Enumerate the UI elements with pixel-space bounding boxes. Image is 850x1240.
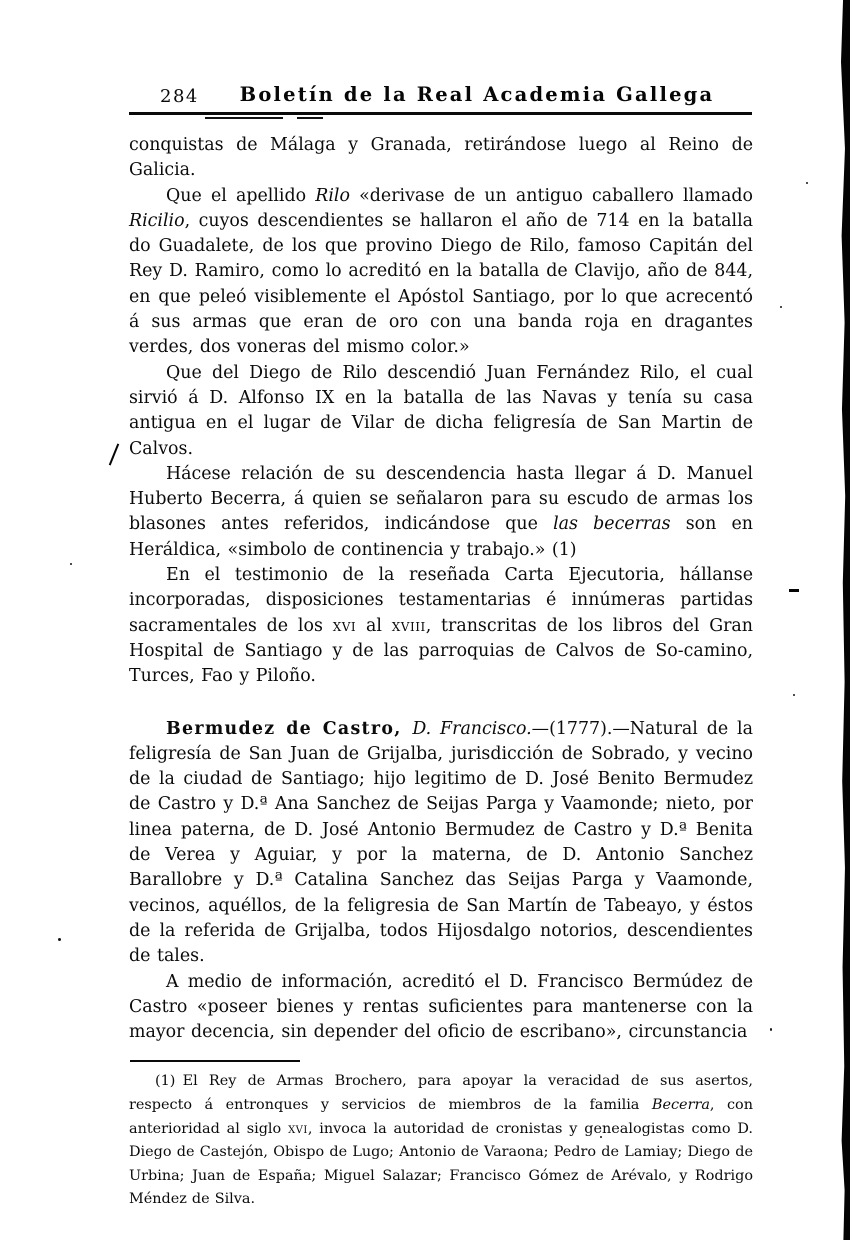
text-run: —(1777).—Natural de la feligresía de San…: [129, 719, 753, 967]
text-run: Rilo: [315, 186, 350, 206]
text-run: al: [356, 616, 392, 636]
text-run: Que del Diego de Rilo descendió Juan Fer…: [129, 363, 753, 459]
text-run: xvi: [288, 1121, 308, 1137]
paragraph: Hácese relación de su descendencia hasta…: [129, 462, 753, 563]
scan-artifact-speck: [600, 1136, 602, 1138]
paragraph: Que del Diego de Rilo descendió Juan Fer…: [129, 361, 753, 462]
text-run: A medio de información, acreditó el D. F…: [129, 972, 753, 1043]
text-run: Ricilio: [129, 211, 185, 231]
header-rule: [129, 112, 752, 115]
footnote: (1) El Rey de Armas Brochero, para apoya…: [129, 1060, 753, 1212]
text-run: xviii: [392, 616, 426, 636]
scan-artifact-speck: [770, 1028, 772, 1031]
text-run: las becerras: [553, 514, 670, 534]
scan-artifact-speck: [58, 938, 61, 941]
text-run: Becerra: [652, 1097, 710, 1113]
scan-artifact-speck: [793, 694, 795, 696]
scan-gutter-shadow: [838, 0, 850, 1240]
header-rule-fragment: [205, 117, 283, 119]
header-rule-fragment: [297, 117, 323, 119]
text-run: , cuyos descendientes se hallaron el año…: [129, 211, 753, 357]
paragraph: conquistas de Málaga y Granada, retiránd…: [129, 133, 753, 184]
text-run: D. Francisco.: [412, 719, 531, 739]
paragraph: En el testimonio de la reseñada Carta Ej…: [129, 563, 753, 689]
paragraph: Que el apellido Rilo «derivase de un ant…: [129, 184, 753, 361]
scan-artifact-slash: [109, 443, 119, 465]
text-run: xvi: [333, 616, 356, 636]
text-run: Que el apellido: [166, 186, 315, 206]
footnote-rule: [130, 1060, 300, 1062]
text-run: «derivase de un antiguo caballero llamad…: [350, 186, 753, 206]
text-run: conquistas de Málaga y Granada, retiránd…: [129, 135, 753, 180]
scanned-document-page: 284 Boletín de la Real Academia Gallega …: [0, 0, 850, 1240]
text-run: Bermudez de Castro,: [166, 719, 412, 739]
scan-artifact-speck: [780, 306, 782, 308]
body-text: conquistas de Málaga y Granada, retiránd…: [129, 133, 753, 1212]
scan-artifact-speck: [70, 563, 72, 565]
journal-header-title: Boletín de la Real Academia Gallega: [165, 83, 789, 106]
paragraph: A medio de información, acreditó el D. F…: [129, 970, 753, 1046]
paragraph: Bermudez de Castro, D. Francisco.—(1777)…: [129, 717, 753, 970]
scan-artifact-dash: [789, 589, 799, 592]
scan-artifact-speck: [806, 182, 808, 184]
footnote-text: (1) El Rey de Armas Brochero, para apoya…: [129, 1070, 753, 1212]
